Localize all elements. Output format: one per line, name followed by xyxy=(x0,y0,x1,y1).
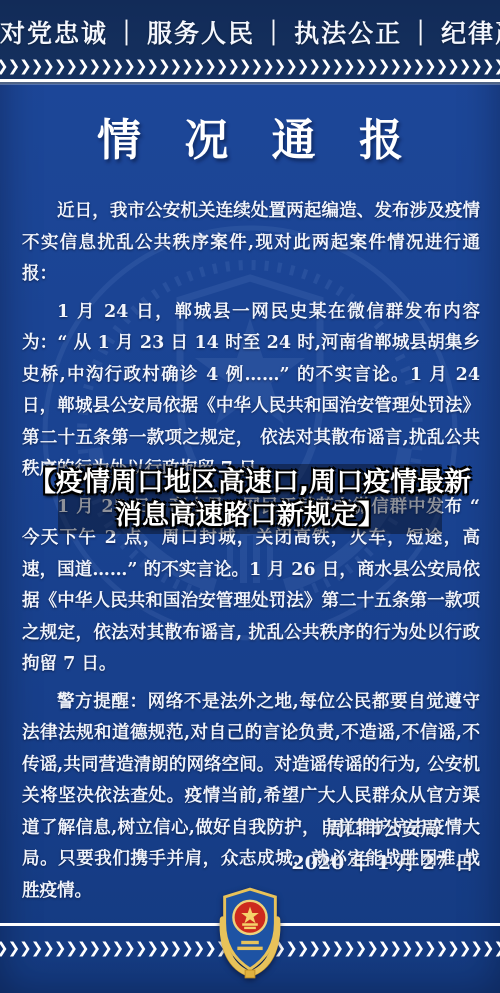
notice-poster: 对党忠诚｜服务人民｜执法公正｜纪律严明 ❯❯❯❯❯❯❯❯❯❯❯❯❯❯❯❯❯❯❯❯… xyxy=(0,0,500,993)
slogan-justice: 执法公正 xyxy=(294,19,402,48)
slogan-loyalty: 对党忠诚 xyxy=(0,19,108,48)
top-banner: 对党忠诚｜服务人民｜执法公正｜纪律严明 ❯❯❯❯❯❯❯❯❯❯❯❯❯❯❯❯❯❯❯❯… xyxy=(0,0,500,84)
overlay-caption-line-2: 消息高速路口新规定】 xyxy=(115,499,385,532)
report-paragraph-case1: 1 月 24 日，郸城县一网民史某在微信群发布内容为：“ 从 1 月 23 日 … xyxy=(22,297,480,486)
page-title: 情 况 通 报 xyxy=(0,104,500,168)
slogan-discipline: 纪律严明 xyxy=(441,19,500,48)
signature-agency: 周口市公安局 xyxy=(291,812,474,846)
slogan-separator: ｜ xyxy=(114,19,141,48)
slogan-serve: 服务人民 xyxy=(147,19,255,48)
divider-line-top xyxy=(0,79,500,82)
report-body: 近日，我市公安机关连续处置两起编造、发布涉及疫情不实信息扰乱公共秩序案件,现对此… xyxy=(22,196,480,913)
slogan-row: 对党忠诚｜服务人民｜执法公正｜纪律严明 xyxy=(0,14,500,50)
report-paragraph-intro: 近日，我市公安机关连续处置两起编造、发布涉及疫情不实信息扰乱公共秩序案件,现对此… xyxy=(22,196,480,291)
signature-date: 2020 年 1 月 27 日 xyxy=(291,846,474,880)
chevron-pattern-top-icon: ❯❯❯❯❯❯❯❯❯❯❯❯❯❯❯❯❯❯❯❯❯❯❯❯❯❯❯❯❯❯❯❯❯❯❯❯❯❯❯❯… xyxy=(0,56,500,76)
overlay-caption: 【疫情周口地区高速口,周口疫情最新 消息高速路口新规定】 xyxy=(58,464,442,534)
overlay-caption-line-1: 【疫情周口地区高速口,周口疫情最新 xyxy=(29,466,471,499)
police-badge-icon xyxy=(211,884,289,982)
slogan-separator: ｜ xyxy=(408,19,435,48)
signature-block: 周口市公安局 2020 年 1 月 27 日 xyxy=(291,812,474,880)
slogan-separator: ｜ xyxy=(261,19,288,48)
